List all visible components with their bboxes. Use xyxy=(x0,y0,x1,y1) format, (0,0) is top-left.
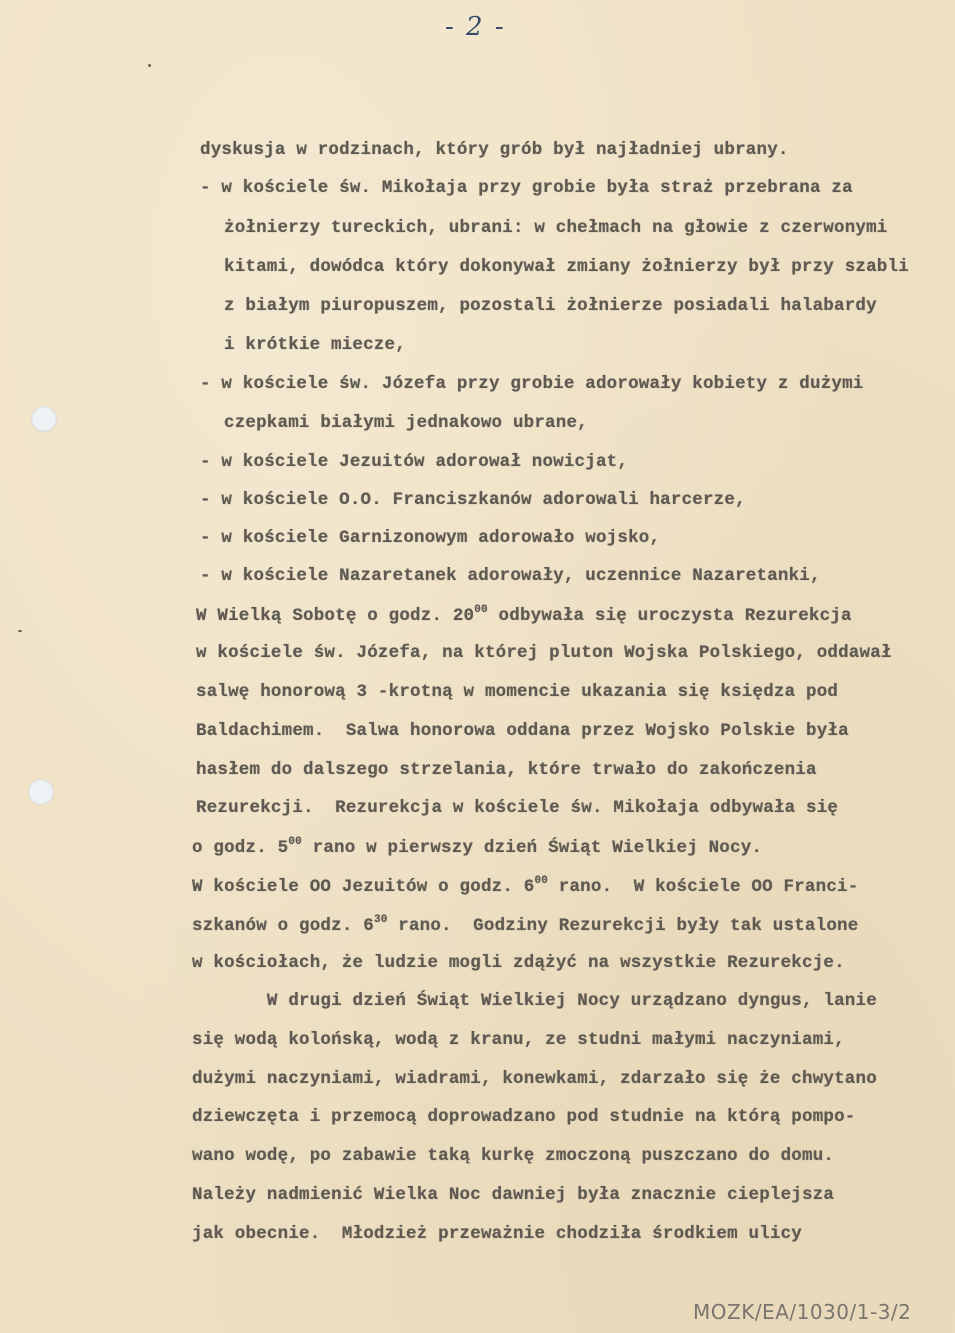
typed-line: Rezurekcji. Rezurekcja w kościele św. Mi… xyxy=(196,798,838,818)
typed-line: - w kościele Nazaretanek adorowały, ucze… xyxy=(200,566,821,586)
line-text: kitami, dowódca który dokonywał zmiany ż… xyxy=(224,257,909,277)
typed-line: w kościołach, że ludzie mogli zdążyć na … xyxy=(192,953,845,973)
time-superscript: 30 xyxy=(374,914,388,926)
archive-signature: MOZK/EA/1030/1-3/2 xyxy=(693,1300,911,1324)
time-superscript: 00 xyxy=(534,875,548,887)
line-text: o godz. 5 xyxy=(192,838,288,858)
typed-line: salwę honorową 3 -krotną w momencie ukaz… xyxy=(196,682,838,702)
line-text: czepkami białymi jednakowo ubrane, xyxy=(224,413,588,433)
punch-hole-top xyxy=(31,406,57,432)
typed-line: Należy nadmienić Wielka Noc dawniej była… xyxy=(192,1185,834,1205)
typed-line: szkanów o godz. 630 rano. Godziny Rezure… xyxy=(192,914,858,936)
line-text: z białym piuropuszem, pozostali żołnierz… xyxy=(224,296,877,316)
line-text: dużymi naczyniami, wiadrami, konewkami, … xyxy=(192,1069,877,1089)
line-text: Rezurekcji. Rezurekcja w kościele św. Mi… xyxy=(196,798,838,818)
line-text: szkanów o godz. 6 xyxy=(192,916,374,936)
line-text: W Wielką Sobotę o godz. 20 xyxy=(196,606,474,626)
paper-speck xyxy=(148,64,151,67)
typed-line: W Wielką Sobotę o godz. 2000 odbywała si… xyxy=(196,604,852,626)
punch-hole-bottom xyxy=(28,779,54,805)
line-text: w kościołach, że ludzie mogli zdążyć na … xyxy=(192,953,845,973)
line-text: dziewczęta i przemocą doprowadzano pod s… xyxy=(192,1107,856,1127)
typed-line: Baldachimem. Salwa honorowa oddana przez… xyxy=(196,721,849,741)
line-text: się wodą kolońską, wodą z kranu, ze stud… xyxy=(192,1030,845,1050)
line-text: W kościele OO Jezuitów o godz. 6 xyxy=(192,877,534,897)
typed-line: - w kościele Jezuitów adorował nowicjat, xyxy=(200,452,628,472)
typed-line: dyskusja w rodzinach, który grób był naj… xyxy=(200,140,789,160)
line-text: W drugi dzień Świąt Wielkiej Nocy urządz… xyxy=(192,991,877,1011)
typed-line: w kościele św. Józefa, na której pluton … xyxy=(196,643,892,663)
typed-line: - w kościele O.O. Franciszkanów adorowal… xyxy=(200,490,746,510)
typed-line: jak obecnie. Młodzież przeważnie chodził… xyxy=(192,1224,802,1244)
typed-line: kitami, dowódca który dokonywał zmiany ż… xyxy=(224,257,909,277)
typed-line: z białym piuropuszem, pozostali żołnierz… xyxy=(224,296,877,316)
line-text: salwę honorową 3 -krotną w momencie ukaz… xyxy=(196,682,838,702)
typed-line: - w kościele Garnizonowym adorowało wojs… xyxy=(200,528,660,548)
typed-line: - w kościele św. Józefa przy grobie ador… xyxy=(200,374,864,394)
line-text-continued: rano w pierwszy dzień Świąt Wielkiej Noc… xyxy=(302,838,762,858)
line-text: żołnierzy tureckich, ubrani: w chełmach … xyxy=(224,218,888,238)
typed-line: hasłem do dalszego strzelania, które trw… xyxy=(196,760,817,780)
line-text: i krótkie miecze, xyxy=(224,335,406,355)
typed-line: o godz. 500 rano w pierwszy dzień Świąt … xyxy=(192,836,762,858)
line-text: jak obecnie. Młodzież przeważnie chodził… xyxy=(192,1224,802,1244)
typed-line: dużymi naczyniami, wiadrami, konewkami, … xyxy=(192,1069,877,1089)
time-superscript: 00 xyxy=(288,836,302,848)
line-text: - w kościele Garnizonowym adorowało wojs… xyxy=(200,528,660,548)
line-text: - w kościele św. Mikołaja przy grobie by… xyxy=(200,178,853,198)
line-text: Należy nadmienić Wielka Noc dawniej była… xyxy=(192,1185,834,1205)
line-text: - w kościele Nazaretanek adorowały, ucze… xyxy=(200,566,821,586)
typed-line: - w kościele św. Mikołaja przy grobie by… xyxy=(200,178,853,198)
typed-line: czepkami białymi jednakowo ubrane, xyxy=(224,413,588,433)
time-superscript: 00 xyxy=(474,604,488,616)
line-text: - w kościele O.O. Franciszkanów adorowal… xyxy=(200,490,746,510)
paper-page xyxy=(0,0,955,1333)
paper-speck xyxy=(18,630,22,632)
typed-line: się wodą kolońską, wodą z kranu, ze stud… xyxy=(192,1030,845,1050)
typed-line: W kościele OO Jezuitów o godz. 600 rano.… xyxy=(192,875,858,897)
typed-line: dziewczęta i przemocą doprowadzano pod s… xyxy=(192,1107,856,1127)
line-text: wano wodę, po zabawie taką kurkę zmoczon… xyxy=(192,1146,834,1166)
line-text-continued: odbywała się uroczysta Rezurekcja xyxy=(488,606,852,626)
line-text: - w kościele Jezuitów adorował nowicjat, xyxy=(200,452,628,472)
typed-line: i krótkie miecze, xyxy=(224,335,406,355)
line-text: - w kościele św. Józefa przy grobie ador… xyxy=(200,374,864,394)
line-text-continued: rano. Godziny Rezurekcji były tak ustalo… xyxy=(388,916,859,936)
line-text: w kościele św. Józefa, na której pluton … xyxy=(196,643,892,663)
line-text: dyskusja w rodzinach, który grób był naj… xyxy=(200,140,789,160)
page-number: - 2 - xyxy=(445,12,506,42)
typed-line: wano wodę, po zabawie taką kurkę zmoczon… xyxy=(192,1146,834,1166)
line-text: hasłem do dalszego strzelania, które trw… xyxy=(196,760,817,780)
typed-line: żołnierzy tureckich, ubrani: w chełmach … xyxy=(224,218,888,238)
line-text: Baldachimem. Salwa honorowa oddana przez… xyxy=(196,721,849,741)
line-text-continued: rano. W kościele OO Franci- xyxy=(548,877,858,897)
typed-line: W drugi dzień Świąt Wielkiej Nocy urządz… xyxy=(192,991,877,1011)
